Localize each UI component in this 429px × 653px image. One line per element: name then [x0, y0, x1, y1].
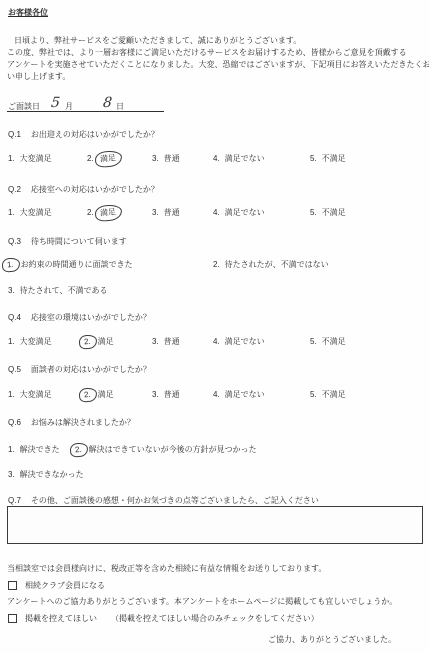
- option-label: 普通: [164, 389, 180, 400]
- q4-option-2[interactable]: 2.満足: [83, 336, 114, 347]
- option-label: 普通: [164, 207, 180, 218]
- option-label: 不満足: [322, 207, 346, 218]
- q4-option-3[interactable]: 3.普通: [152, 336, 180, 347]
- question-1-options: 1.大変満足 2.満足 3.普通 4.満足でない 5.不満足: [0, 153, 429, 167]
- q4-option-5[interactable]: 5.不満足: [310, 336, 346, 347]
- option-number: 4.: [213, 208, 220, 217]
- q1-option-1[interactable]: 1.大変満足: [8, 153, 52, 164]
- option-number: 1.: [1, 257, 20, 272]
- question-3-options-2: 3.待たされて、不満である: [0, 285, 429, 299]
- q5-option-4[interactable]: 4.満足でない: [213, 389, 265, 400]
- q2-option-3[interactable]: 3.普通: [152, 207, 180, 218]
- question-6-options: 1.解決できた 2.解決はできていないが今後の方針が見つかった: [0, 444, 429, 458]
- option-number: 1.: [8, 390, 15, 399]
- option-label: 大変満足: [20, 207, 52, 218]
- interview-date-month-unit: 月: [65, 101, 73, 112]
- decline-publish-note: （掲載を控えてほしい場合のみチェックをしてください）: [111, 614, 319, 623]
- option-number: 3.: [152, 154, 159, 163]
- q1-option-5[interactable]: 5.不満足: [310, 153, 346, 164]
- option-label: 満足でない: [225, 153, 265, 164]
- question-text: 待ち時間について伺います: [31, 237, 127, 246]
- intro-line: この度、弊社では、より一層お客様にご満足いただけるサービスをお届けするため、皆様…: [7, 47, 407, 58]
- question-text: お悩みは解決されましたか？: [31, 418, 135, 427]
- q5-option-1[interactable]: 1.大変満足: [8, 389, 52, 400]
- intro-line: い申し上げます。: [7, 71, 70, 82]
- option-label: 大変満足: [20, 336, 52, 347]
- option-number: 3.: [152, 208, 159, 217]
- q2-option-2[interactable]: 2.満足: [87, 207, 118, 218]
- option-number: 4.: [213, 154, 220, 163]
- option-number: 2.: [87, 208, 94, 217]
- question-1: Q.1お出迎えの対応はいかがでしたか？: [8, 129, 159, 140]
- option-label: 満足: [94, 204, 122, 222]
- q2-option-1[interactable]: 1.大変満足: [8, 207, 52, 218]
- question-id: Q.6: [8, 418, 21, 427]
- option-number: 1.: [8, 445, 15, 454]
- q3-option-2[interactable]: 2.待たされたが、不満ではない: [213, 259, 329, 270]
- option-label: 満足: [98, 389, 114, 400]
- option-number: 2.: [213, 260, 220, 269]
- decline-publish-checkbox[interactable]: [8, 614, 17, 623]
- membership-text: 当相談室では会員様向けに、税改正等を含めた相続に有益な情報をお送りしております。: [7, 563, 326, 574]
- option-number: 2.: [78, 387, 97, 402]
- question-text: その他、ご面談後の感想・何かお気づきの点等ございましたら、ご記入ください: [31, 496, 319, 505]
- question-text: 面談者の対応はいかがでしたか？: [31, 365, 151, 374]
- question-text: お出迎えの対応はいかがでしたか？: [31, 130, 159, 139]
- question-4: Q.4応接室の環境はいかがでしたか？: [8, 312, 151, 323]
- question-id: Q.3: [8, 237, 21, 246]
- interview-date-row: ご面談日 5 月 8 日: [7, 98, 164, 112]
- intro-line: アンケートを実施させていただくことになりました。大変、恐縮ではございますが、下記…: [7, 59, 429, 70]
- interview-date-day-unit: 日: [116, 101, 124, 112]
- q3-option-1[interactable]: 1.お約束の時間通りに面談できた: [6, 259, 133, 270]
- option-label: 不満足: [322, 336, 346, 347]
- option-label: 大変満足: [20, 153, 52, 164]
- salutation-heading: お客様各位: [8, 7, 48, 18]
- option-label: 満足でない: [225, 336, 265, 347]
- option-number: 5.: [310, 208, 317, 217]
- option-label: 大変満足: [20, 389, 52, 400]
- option-label: 解決はできていないが今後の方針が見つかった: [89, 444, 257, 455]
- question-id: Q.5: [8, 365, 21, 374]
- join-club-checkbox[interactable]: [8, 581, 17, 590]
- option-number: 3.: [8, 286, 15, 295]
- option-number: 5.: [310, 337, 317, 346]
- question-4-options: 1.大変満足 2.満足 3.普通 4.満足でない 5.不満足: [0, 336, 429, 350]
- option-label: 解決できなかった: [20, 469, 84, 480]
- interview-date-label: ご面談日: [8, 101, 40, 112]
- option-number: 4.: [213, 390, 220, 399]
- q5-option-5[interactable]: 5.不満足: [310, 389, 346, 400]
- option-number: 1.: [8, 208, 15, 217]
- survey-document: お客様各位 日頃より、弊社サービスをご愛顧いただきまして、誠にありがとうございま…: [0, 0, 429, 653]
- publish-checkbox-row: 掲載を控えてほしい（掲載を控えてほしい場合のみチェックをしてください）: [0, 612, 429, 626]
- question-6-options-2: 3.解決できなかった: [0, 469, 429, 483]
- option-number: 5.: [310, 154, 317, 163]
- option-label: 満足でない: [225, 207, 265, 218]
- q6-option-2[interactable]: 2.解決はできていないが今後の方針が見つかった: [74, 444, 257, 455]
- interview-date-month-value[interactable]: 5: [50, 95, 61, 111]
- closing-text: ご協力、ありがとうございました。: [268, 634, 396, 645]
- option-label: 待たされたが、不満ではない: [225, 259, 329, 270]
- question-7: Q.7その他、ご面談後の感想・何かお気づきの点等ございましたら、ご記入ください: [8, 495, 319, 506]
- option-label: 満足でない: [225, 389, 265, 400]
- publish-text: アンケートへのご協力ありがとうございます。本アンケートをホームページに掲載しても…: [7, 596, 397, 607]
- option-number: 2.: [78, 334, 97, 349]
- option-label: 普通: [164, 336, 180, 347]
- question-5: Q.5面談者の対応はいかがでしたか？: [8, 364, 151, 375]
- question-text: 応接室の環境はいかがでしたか？: [31, 313, 151, 322]
- q1-option-2[interactable]: 2.満足: [87, 153, 118, 164]
- q5-option-2[interactable]: 2.満足: [83, 389, 114, 400]
- option-label: 待たされて、不満である: [20, 285, 108, 296]
- q1-option-3[interactable]: 3.普通: [152, 153, 180, 164]
- option-number: 1.: [8, 337, 15, 346]
- question-6: Q.6お悩みは解決されましたか？: [8, 417, 135, 428]
- decline-publish-label: 掲載を控えてほしい: [25, 614, 97, 623]
- q4-option-1[interactable]: 1.大変満足: [8, 336, 52, 347]
- option-label: 満足: [98, 336, 114, 347]
- question-id: Q.7: [8, 496, 21, 505]
- question-2-options: 1.大変満足 2.満足 3.普通 4.満足でない 5.不満足: [0, 207, 429, 221]
- question-5-options: 1.大変満足 2.満足 3.普通 4.満足でない 5.不満足: [0, 389, 429, 403]
- q6-option-3[interactable]: 3.解決できなかった: [8, 469, 84, 480]
- option-number: 4.: [213, 337, 220, 346]
- option-number: 3.: [152, 337, 159, 346]
- interview-date-day-value[interactable]: 8: [102, 95, 113, 111]
- option-label: 普通: [164, 153, 180, 164]
- question-text: 応接室への対応はいかがでしたか？: [31, 185, 159, 194]
- option-label: 解決できた: [20, 444, 60, 455]
- option-number: 1.: [8, 154, 15, 163]
- q3-option-3[interactable]: 3.待たされて、不満である: [8, 285, 108, 296]
- q2-option-4[interactable]: 4.満足でない: [213, 207, 265, 218]
- q2-option-5[interactable]: 5.不満足: [310, 207, 346, 218]
- option-label: 不満足: [322, 153, 346, 164]
- question-3-options: 1.お約束の時間通りに面談できた 2.待たされたが、不満ではない: [0, 259, 429, 273]
- option-number: 2.: [87, 154, 94, 163]
- membership-checkbox-row: 相続クラブ会員になる: [0, 579, 429, 593]
- question-3: Q.3待ち時間について伺います: [8, 236, 127, 247]
- question-id: Q.2: [8, 185, 21, 194]
- option-number: 2.: [69, 442, 88, 457]
- option-label: 満足: [94, 150, 122, 168]
- option-number: 3.: [8, 470, 15, 479]
- q5-option-3[interactable]: 3.普通: [152, 389, 180, 400]
- option-number: 3.: [152, 390, 159, 399]
- q6-option-1[interactable]: 1.解決できた: [8, 444, 60, 455]
- q1-option-4[interactable]: 4.満足でない: [213, 153, 265, 164]
- q4-option-4[interactable]: 4.満足でない: [213, 336, 265, 347]
- question-2: Q.2応接室への対応はいかがでしたか？: [8, 184, 159, 195]
- option-number: 5.: [310, 390, 317, 399]
- comment-box[interactable]: [7, 506, 423, 544]
- join-club-label: 相続クラブ会員になる: [25, 581, 105, 590]
- question-id: Q.4: [8, 313, 21, 322]
- option-label: お約束の時間通りに面談できた: [21, 259, 133, 270]
- option-label: 不満足: [322, 389, 346, 400]
- intro-line: 日頃より、弊社サービスをご愛顧いただきまして、誠にありがとうございます。: [14, 35, 301, 46]
- question-id: Q.1: [8, 130, 21, 139]
